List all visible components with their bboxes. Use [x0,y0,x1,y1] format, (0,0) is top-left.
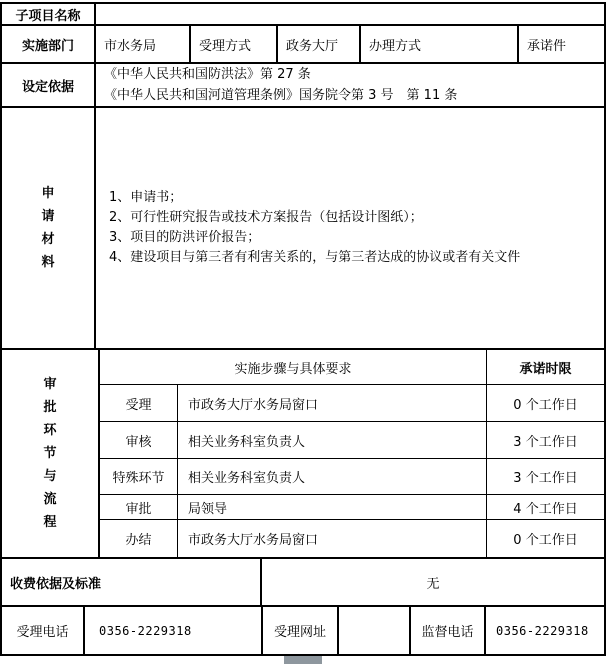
row-department: 实施部门 市水务局 受理方式 政务大厅 办理方式 承诺件 [2,26,604,64]
row-application-materials: 申 请 材 料 1、申请书； 2、可行性研究报告或技术方案报告（包括设计图纸）；… [2,108,604,350]
application-materials-label: 申 请 材 料 [2,108,96,348]
process-row-accept: 受理 市政务大厅水务局窗口 0 个工作日 [100,385,604,422]
application-materials-content: 1、申请书； 2、可行性研究报告或技术方案报告（包括设计图纸）； 3、项目的防洪… [96,108,604,348]
fee-basis-value: 无 [262,559,604,605]
scrollbar-thumb-artifact[interactable] [284,656,322,664]
legal-basis-line: 《中华人民共和国河道管理条例》国务院令第 3 号 第 11 条 [104,85,457,106]
step-time: 3 个工作日 [487,459,604,494]
step-name: 办结 [100,520,178,557]
handle-mode-value: 承诺件 [519,26,604,62]
row-approval-process: 审 批 环 节 与 流 程 实施步骤与具体要求 承诺时限 受理 市政务大厅水务局… [2,350,604,559]
step-time: 0 个工作日 [487,520,604,557]
approval-form-table: 子项目名称 实施部门 市水务局 受理方式 政务大厅 办理方式 承诺件 设定依据 … [0,2,606,656]
row-contact: 受理电话 0356-2229318 受理网址 监督电话 0356-2229318 [2,607,604,654]
step-time: 0 个工作日 [487,385,604,421]
approval-process-label: 审 批 环 节 与 流 程 [2,350,100,557]
process-row-special: 特殊环节 相关业务科室负责人 3 个工作日 [100,459,604,495]
step-detail: 市政务大厅水务局窗口 [178,520,487,557]
step-name: 受理 [100,385,178,421]
accept-phone-value: 0356-2229318 [85,607,263,654]
process-row-review: 审核 相关业务科室负责人 3 个工作日 [100,422,604,459]
step-time: 4 个工作日 [487,495,604,519]
row-legal-basis: 设定依据 《中华人民共和国防洪法》第 27 条 《中华人民共和国河道管理条例》国… [2,64,604,108]
handle-mode-label: 办理方式 [361,26,519,62]
process-steps-table: 实施步骤与具体要求 承诺时限 受理 市政务大厅水务局窗口 0 个工作日 审核 相… [100,350,604,557]
legal-basis-line: 《中华人民共和国防洪法》第 27 条 [104,64,457,85]
accept-mode-value: 政务大厅 [278,26,361,62]
legal-basis-label: 设定依据 [2,64,96,106]
accept-website-label: 受理网址 [263,607,339,654]
material-item: 4、建设项目与第三者有利害关系的，与第三者达成的协议或者有关文件 [109,248,520,268]
material-item: 3、项目的防洪评价报告； [109,228,520,248]
process-row-approve: 审批 局领导 4 个工作日 [100,495,604,520]
process-steps-header: 实施步骤与具体要求 [100,350,487,384]
step-detail: 相关业务科室负责人 [178,459,487,494]
process-header-row: 实施步骤与具体要求 承诺时限 [100,350,604,385]
row-fee-basis: 收费依据及标准 无 [2,559,604,607]
step-name: 审批 [100,495,178,519]
accept-phone-label: 受理电话 [2,607,85,654]
department-value: 市水务局 [96,26,191,62]
step-time: 3 个工作日 [487,422,604,458]
process-time-header: 承诺时限 [487,350,604,384]
department-label: 实施部门 [2,26,96,62]
accept-mode-label: 受理方式 [191,26,278,62]
process-row-complete: 办结 市政务大厅水务局窗口 0 个工作日 [100,520,604,557]
fee-basis-label: 收费依据及标准 [2,559,262,605]
step-detail: 局领导 [178,495,487,519]
approval-form-page: 子项目名称 实施部门 市水务局 受理方式 政务大厅 办理方式 承诺件 设定依据 … [0,0,606,664]
step-name: 特殊环节 [100,459,178,494]
step-detail: 市政务大厅水务局窗口 [178,385,487,421]
accept-website-value [339,607,411,654]
supervise-phone-label: 监督电话 [411,607,486,654]
material-item: 2、可行性研究报告或技术方案报告（包括设计图纸）； [109,208,520,228]
row-project-name: 子项目名称 [2,4,604,26]
project-name-label: 子项目名称 [2,4,96,24]
project-name-value [96,4,604,24]
step-detail: 相关业务科室负责人 [178,422,487,458]
legal-basis-content: 《中华人民共和国防洪法》第 27 条 《中华人民共和国河道管理条例》国务院令第 … [96,64,604,106]
material-item: 1、申请书； [109,188,520,208]
step-name: 审核 [100,422,178,458]
supervise-phone-value: 0356-2229318 [486,607,604,654]
